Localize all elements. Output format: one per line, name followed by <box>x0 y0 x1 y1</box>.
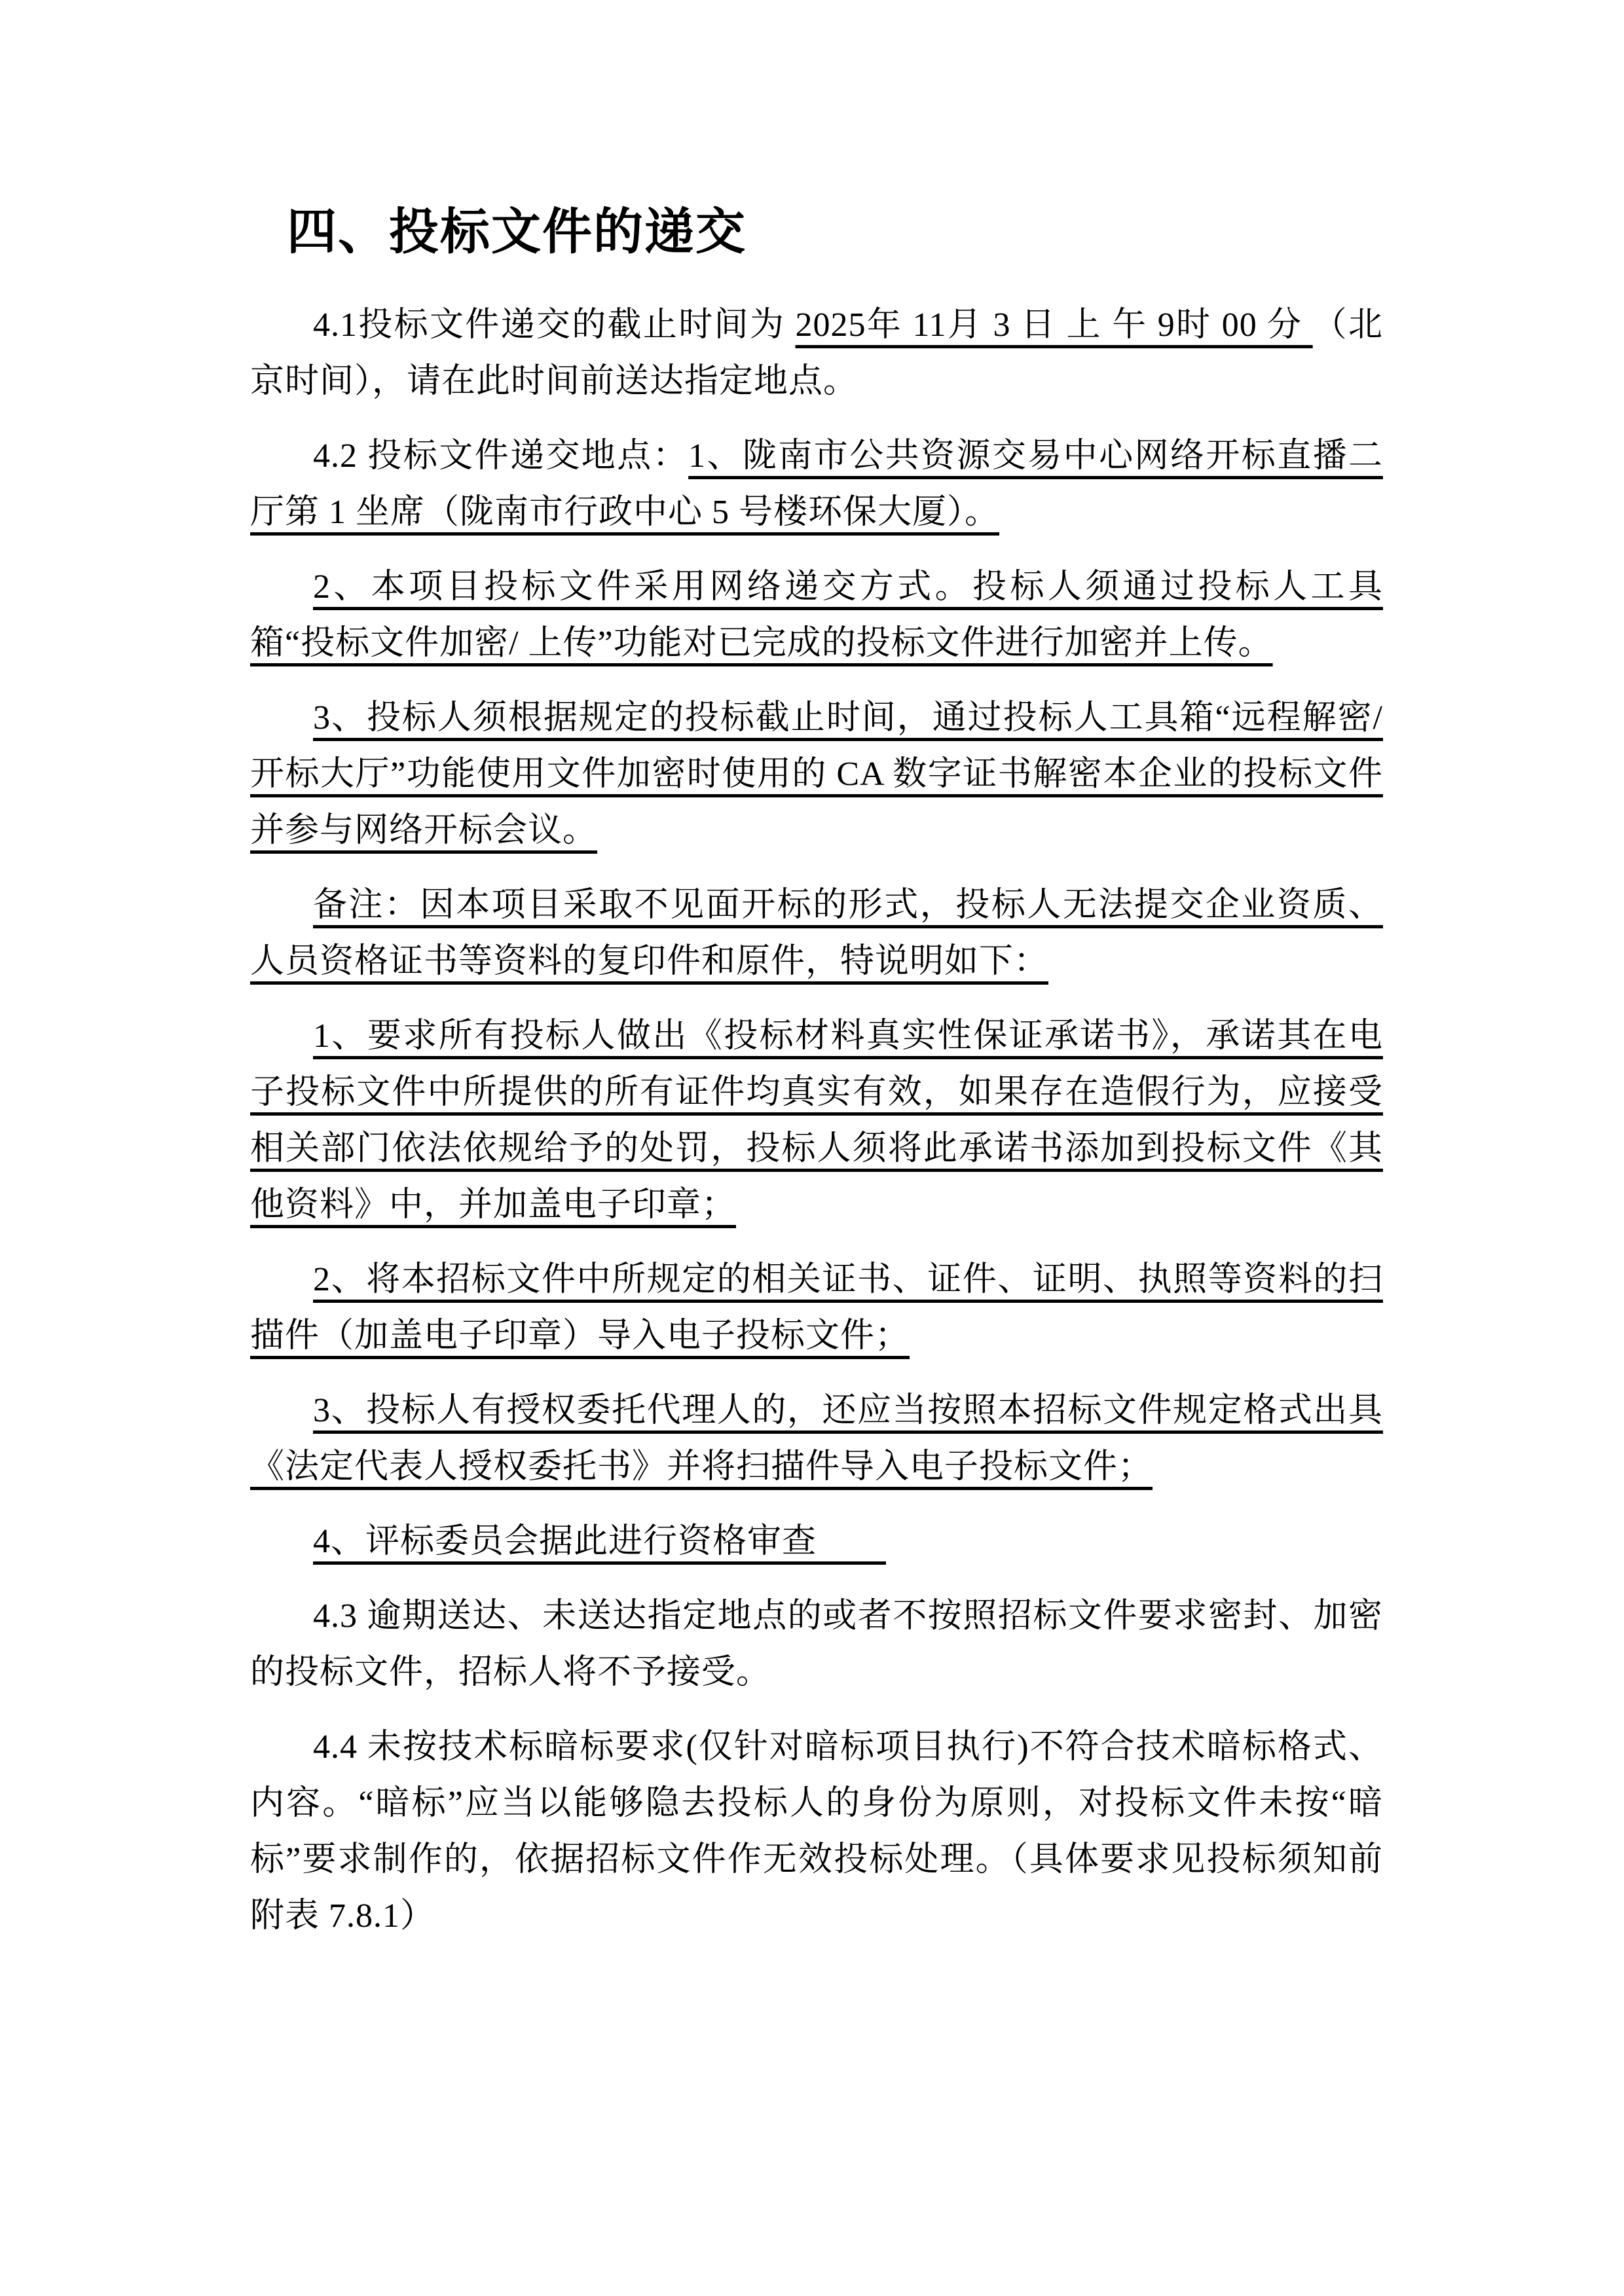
paragraph-network-submission-2: 2、本项目投标文件采用网络递交方式。投标人须通过投标人工具箱“投标文件加密/ 上… <box>250 559 1383 672</box>
text-run: 4.1投标文件递交的截止时间为 <box>313 306 796 344</box>
paragraph-remark-2: 2、将本招标文件中所规定的相关证书、证件、证明、执照等资料的扫描件（加盖电子印章… <box>250 1252 1383 1364</box>
underlined-text-run: 3、投标人有授权委托代理人的，还应当按照本招标文件规定格式出具《法定代表人授权委… <box>250 1392 1383 1485</box>
underlined-text-run: 4、评标委员会据此进行资格审查 <box>313 1523 886 1560</box>
underlined-text-run: 2025年 11月 3 日 上 午 9时 00 分 <box>796 306 1313 344</box>
underlined-text-run: 2、本项目投标文件采用网络递交方式。投标人须通过投标人工具箱“投标文件加密/ 上… <box>250 568 1383 662</box>
paragraph-remark-4: 4、评标委员会据此进行资格审查 <box>250 1514 1383 1570</box>
text-run: 4.2 投标文件递交地点： <box>313 437 688 475</box>
paragraph-remark-intro: 备注：因本项目采取不见面开标的形式，投标人无法提交企业资质、人员资格证书等资料的… <box>250 877 1383 990</box>
paragraph-4-1-deadline: 4.1投标文件递交的截止时间为 2025年 11月 3 日 上 午 9时 00 … <box>250 297 1383 410</box>
document-page: 四、投标文件的递交 4.1投标文件递交的截止时间为 2025年 11月 3 日 … <box>0 0 1624 2296</box>
paragraph-4-4-blind-bid: 4.4 未按技术标暗标要求(仅针对暗标项目执行)不符合技术暗标格式、内容。“暗标… <box>250 1719 1383 1944</box>
underlined-text-run: 备注：因本项目采取不见面开标的形式，投标人无法提交企业资质、人员资格证书等资料的… <box>250 886 1383 980</box>
paragraph-4-3-rejection: 4.3 逾期送达、未送达指定地点的或者不按照招标文件要求密封、加密的投标文件，招… <box>250 1588 1383 1701</box>
underlined-text-run: 3、投标人须根据规定的投标截止时间，通过投标人工具箱“远程解密/开标大厅”功能使… <box>250 699 1383 849</box>
paragraph-remark-1: 1、要求所有投标人做出《投标材料真实性保证承诺书》，承诺其在电子投标文件中所提供… <box>250 1008 1383 1233</box>
section-heading: 四、投标文件的递交 <box>287 202 1383 263</box>
text-run: 4.4 未按技术标暗标要求(仅针对暗标项目执行)不符合技术暗标格式、内容。“暗标… <box>250 1728 1383 1935</box>
paragraph-4-2-location: 4.2 投标文件递交地点：1、陇南市公共资源交易中心网络开标直播二厅第 1 坐席… <box>250 428 1383 541</box>
paragraphs-container: 4.1投标文件递交的截止时间为 2025年 11月 3 日 上 午 9时 00 … <box>250 297 1383 1944</box>
text-run: 4.3 逾期送达、未送达指定地点的或者不按照招标文件要求密封、加密的投标文件，招… <box>250 1597 1383 1691</box>
underlined-text-run: 1、要求所有投标人做出《投标材料真实性保证承诺书》，承诺其在电子投标文件中所提供… <box>250 1017 1383 1224</box>
paragraph-network-submission-3: 3、投标人须根据规定的投标截止时间，通过投标人工具箱“远程解密/开标大厅”功能使… <box>250 690 1383 859</box>
paragraph-remark-3: 3、投标人有授权委托代理人的，还应当按照本招标文件规定格式出具《法定代表人授权委… <box>250 1383 1383 1495</box>
underlined-text-run: 2、将本招标文件中所规定的相关证书、证件、证明、执照等资料的扫描件（加盖电子印章… <box>250 1261 1383 1355</box>
